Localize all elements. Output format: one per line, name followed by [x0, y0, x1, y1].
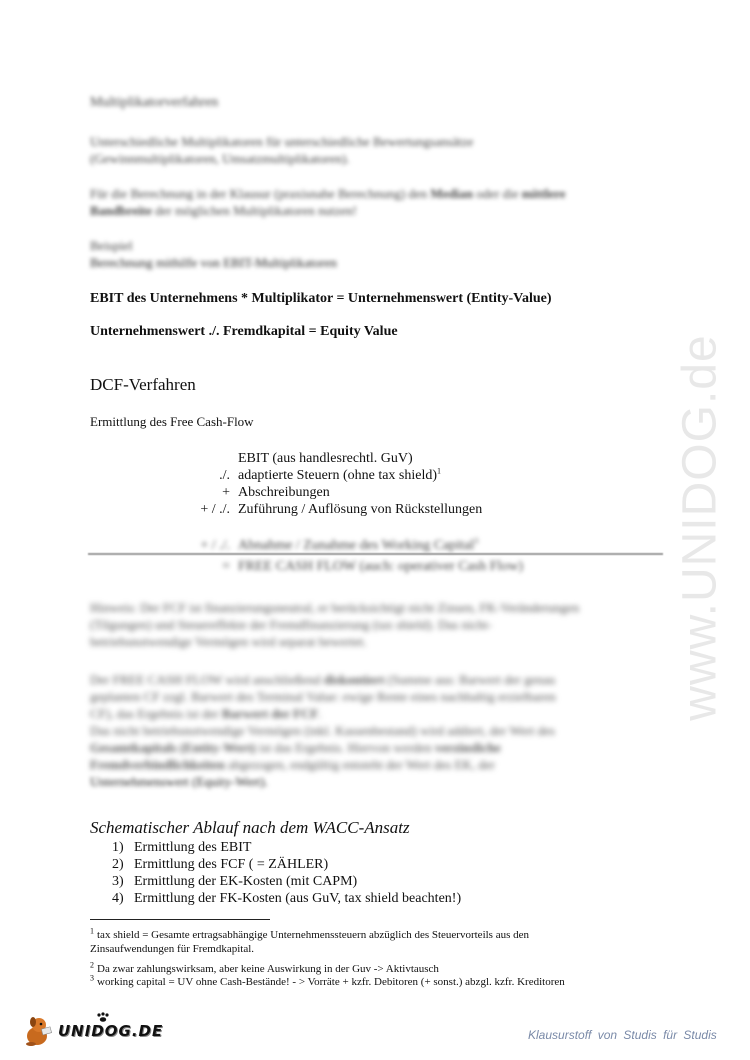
footnote-ref[interactable]: 1 — [437, 466, 441, 475]
bold-text: mittlere — [522, 186, 566, 201]
section-heading-dcf: DCF-Verfahren — [90, 375, 196, 395]
footnote-ref[interactable]: 2 — [352, 517, 356, 526]
bold-text: Gesamtkapitals (Entity-Wert) — [90, 740, 256, 755]
fcf-operator: + / ./. — [186, 501, 230, 518]
text: CF), das Ergebnis ist der — [90, 706, 222, 721]
footnote: 2Da zwar zahlungswirksam, aber keine Aus… — [90, 962, 439, 976]
formula-entity-value: EBIT des Unternehmens * Multiplikator = … — [90, 290, 552, 307]
watermark: www.UNIDOG.de — [673, 288, 728, 768]
paragraph-line: Unterschiedliche Multiplikatoren für unt… — [90, 134, 473, 150]
text: der möglichen Multiplikatoren nutzen! — [152, 203, 357, 218]
text: Zuführung / Auflösung von Rückstellungen — [238, 502, 482, 517]
footnote-text: working capital = UV ohne Cash-Bestände!… — [97, 976, 565, 988]
fcf-operator: + / ./. — [186, 537, 230, 554]
step-number: 1) — [112, 839, 134, 856]
fcf-operator: ./. — [186, 518, 230, 535]
text: EBIT (aus handlesrechtl. GuV) — [238, 451, 413, 466]
fcf-operator: = — [186, 558, 230, 575]
text: FREE CASH FLOW (auch: operativer Cash Fl… — [238, 559, 523, 574]
wacc-step: 3)Ermittlung der EK-Kosten (mit CAPM) — [112, 873, 357, 890]
discount-line: Das nicht betriebsnotwendige Vermögen (i… — [90, 723, 555, 739]
text: oder die — [473, 186, 522, 201]
step-text: Ermittlung der FK-Kosten (aus GuV, tax s… — [134, 891, 461, 906]
fcf-operator: + — [186, 484, 230, 501]
discount-line: Unternehmenswert (Equity-Wert). — [90, 774, 268, 790]
footnote-divider — [90, 919, 270, 920]
footnote-ref[interactable]: 3 — [474, 536, 478, 545]
discount-line: Gesamtkapitals (Entity-Wert) ist das Erg… — [90, 740, 501, 756]
text: Der FREE CASH FLOW wird anschließend — [90, 672, 324, 687]
hint-line: (Tilgungen) und Steuereffekte der Fremdf… — [90, 617, 492, 633]
bold-text: Fremdverbindlichkeiten — [90, 757, 225, 772]
section-heading-multiplikator: Multiplikatorverfahren — [90, 94, 218, 111]
document-page: www.UNIDOG.de Multiplikatorverfahren Unt… — [0, 0, 750, 1060]
step-text: Ermittlung des EBIT — [134, 840, 251, 855]
dog-mascot-icon — [22, 1014, 56, 1048]
text: (Summe aus: Barwert der genau — [384, 672, 555, 687]
paragraph-line: Bandbreite der möglichen Multiplikatoren… — [90, 203, 357, 219]
bold-text: Bandbreite — [90, 203, 152, 218]
wacc-step: 4)Ermittlung der FK-Kosten (aus GuV, tax… — [112, 890, 461, 907]
bold-text: diskontiert — [324, 672, 385, 687]
step-text: Ermittlung der EK-Kosten (mit CAPM) — [134, 874, 357, 889]
footnote: 3working capital = UV ohne Cash-Bestände… — [90, 975, 565, 989]
text: Abschreibungen — [238, 485, 330, 500]
hint-line: betriebsnotwendige Vermögen wird separat… — [90, 634, 367, 650]
fcf-item-label: Investitionen ins AV2 — [238, 518, 356, 535]
footnote-text: tax shield = Gesamte ertragsabhängige Un… — [97, 929, 529, 941]
bold-text: Barwert der FCF — [222, 706, 319, 721]
example-label: Beispiel — [90, 238, 133, 254]
paragraph-line: Für die Berechnung in der Klausur (praxi… — [90, 186, 566, 202]
text: . — [318, 706, 321, 721]
unidog-logo: UNIDOG.DE — [22, 1014, 152, 1048]
step-number: 4) — [112, 890, 134, 907]
footnote: 1tax shield = Gesamte ertragsabhängige U… — [90, 928, 529, 956]
fcf-item-label: Abschreibungen — [238, 484, 330, 501]
sum-divider — [88, 553, 663, 555]
discount-line: Fremdverbindlichkeiten abgezogen, endgül… — [90, 757, 495, 773]
discount-line: geplanten CF zzgl. Barwert des Terminal … — [90, 689, 556, 705]
text: Abnahme / Zunahme des Working Capital — [238, 538, 474, 553]
fcf-item-label: Zuführung / Auflösung von Rückstellungen — [238, 501, 482, 518]
formula-equity-value: Unternehmenswert ./. Fremdkapital = Equi… — [90, 323, 398, 340]
wacc-step: 1)Ermittlung des EBIT — [112, 839, 251, 856]
discount-line: CF), das Ergebnis ist der Barwert der FC… — [90, 706, 322, 722]
example-line: Berechnung mithilfe von EBIT-Multiplikat… — [90, 255, 337, 271]
fcf-operator: ./. — [186, 467, 230, 484]
footnote-number: 3 — [90, 973, 94, 982]
paw-icon — [96, 1012, 110, 1022]
text: ist das Ergebnis. Hiervon werden — [256, 740, 435, 755]
paragraph-line: (Gewinnmultiplikatoren, Umsatzmultiplika… — [90, 151, 350, 167]
subheading-fcf: Ermittlung des Free Cash-Flow — [90, 414, 254, 430]
step-text: Ermittlung des FCF ( = ZÄHLER) — [134, 857, 328, 872]
bold-text: Median — [430, 186, 473, 201]
section-heading-wacc: Schematischer Ablauf nach dem WACC-Ansat… — [90, 818, 410, 838]
tagline: Klausurstoff von Studis für Studis — [528, 1028, 717, 1042]
step-number: 2) — [112, 856, 134, 873]
footnote-number: 2 — [90, 960, 94, 969]
footnote-text: Da zwar zahlungswirksam, aber keine Ausw… — [97, 963, 439, 975]
fcf-item-label: FREE CASH FLOW (auch: operativer Cash Fl… — [238, 558, 523, 575]
footnote-text: Zinsaufwendungen für Fremdkapital. — [90, 943, 254, 955]
text: Für die Berechnung in der Klausur (praxi… — [90, 186, 430, 201]
hint-line: Hinweis: Der FCF ist finanzierungsneutra… — [90, 600, 579, 616]
fcf-item-label: adaptierte Steuern (ohne tax shield)1 — [238, 467, 441, 484]
logo-text: UNIDOG.DE — [58, 1022, 163, 1040]
step-number: 3) — [112, 873, 134, 890]
text: Investitionen ins AV — [238, 519, 352, 534]
wacc-step: 2)Ermittlung des FCF ( = ZÄHLER) — [112, 856, 328, 873]
footnote-number: 1 — [90, 926, 94, 935]
fcf-item-label: EBIT (aus handlesrechtl. GuV) — [238, 450, 413, 467]
fcf-item-label: Abnahme / Zunahme des Working Capital3 — [238, 537, 478, 554]
bold-text: verzinsliche — [435, 740, 501, 755]
text: abgezogen, endgültig entsteht der Wert d… — [225, 757, 495, 772]
discount-line: Der FREE CASH FLOW wird anschließend dis… — [90, 672, 555, 688]
text: adaptierte Steuern (ohne tax shield) — [238, 468, 437, 483]
